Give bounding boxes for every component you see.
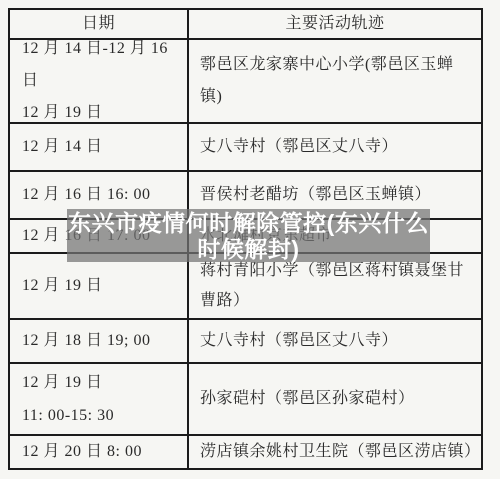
trajectory-cell: 丈八寺村（鄠邑区丈八寺） [189, 320, 481, 362]
date-line: 11: 00-15: 30 [22, 399, 187, 432]
trajectory-text: 孙家硙村（鄠邑区孙家硙村） [200, 383, 475, 415]
watermark-title-overlay: 东兴市疫情何时解除管控(东兴什么 时候解封) [67, 209, 430, 262]
date-cell: 12 月 20 日 8: 00 [10, 436, 189, 468]
header-trajectory: 主要活动轨迹 [189, 10, 481, 38]
trajectory-text: 蒋村青阳小学（鄠邑区蒋村镇聂堡甘曹路） [200, 256, 475, 316]
date-line: 12 月 14 日 [22, 131, 187, 163]
date-line: 12 月 19 日 [22, 366, 187, 399]
date-cell: 12 月 14 日 [10, 124, 189, 170]
date-cell: 12 月 19 日 [10, 254, 189, 318]
date-line: 12 月 14 日-12 月 16 日 [22, 33, 187, 97]
table-row: 12 月 14 日 丈八寺村（鄠邑区丈八寺） [10, 124, 481, 172]
date-line: 12 月 20 日 8: 00 [22, 436, 187, 468]
trajectory-text: 鄠邑区龙家寨中心小学(鄠邑区玉蝉镇) [200, 49, 475, 113]
trajectory-cell: 丈八寺村（鄠邑区丈八寺） [189, 124, 481, 170]
trajectory-text: 丈八寺村（鄠邑区丈八寺） [200, 131, 475, 163]
date-line: 12 月 16 日 16: 00 [22, 179, 187, 211]
table-row: 12 月 14 日-12 月 16 日 12 月 19 日 鄠邑区龙家寨中心小学… [10, 40, 481, 124]
date-cell: 12 月 14 日-12 月 16 日 12 月 19 日 [10, 40, 189, 122]
trajectory-text: 涝店镇余姚村卫生院（鄠邑区涝店镇） [200, 436, 475, 468]
table-row: 12 月 19 日 11: 00-15: 30 孙家硙村（鄠邑区孙家硙村） [10, 364, 481, 436]
trajectory-cell: 孙家硙村（鄠邑区孙家硙村） [189, 364, 481, 434]
date-line: 12 月 18 日 19; 00 [22, 325, 187, 357]
trajectory-cell: 涝店镇余姚村卫生院（鄠邑区涝店镇） [189, 436, 481, 468]
trajectory-text: 丈八寺村（鄠邑区丈八寺） [200, 325, 475, 357]
table-row: 12 月 18 日 19; 00 丈八寺村（鄠邑区丈八寺） [10, 320, 481, 364]
page: { "page": { "background_color": "#f6f6f3… [0, 0, 500, 479]
watermark-title-line: 东兴市疫情何时解除管控(东兴什么 [67, 210, 430, 236]
date-line: 12 月 19 日 [22, 270, 187, 302]
trajectory-cell: 鄠邑区龙家寨中心小学(鄠邑区玉蝉镇) [189, 40, 481, 122]
table-row: 12 月 19 日 蒋村青阳小学（鄠邑区蒋村镇聂堡甘曹路） [10, 254, 481, 320]
date-cell: 12 月 19 日 11: 00-15: 30 [10, 364, 189, 434]
watermark-title-line: 时候解封) [67, 236, 430, 262]
date-cell: 12 月 18 日 19; 00 [10, 320, 189, 362]
trajectory-text: 晋侯村老醋坊（鄠邑区玉蝉镇） [200, 179, 475, 211]
table-row: 12 月 20 日 8: 00 涝店镇余姚村卫生院（鄠邑区涝店镇） [10, 436, 481, 468]
trajectory-cell: 蒋村青阳小学（鄠邑区蒋村镇聂堡甘曹路） [189, 254, 481, 318]
